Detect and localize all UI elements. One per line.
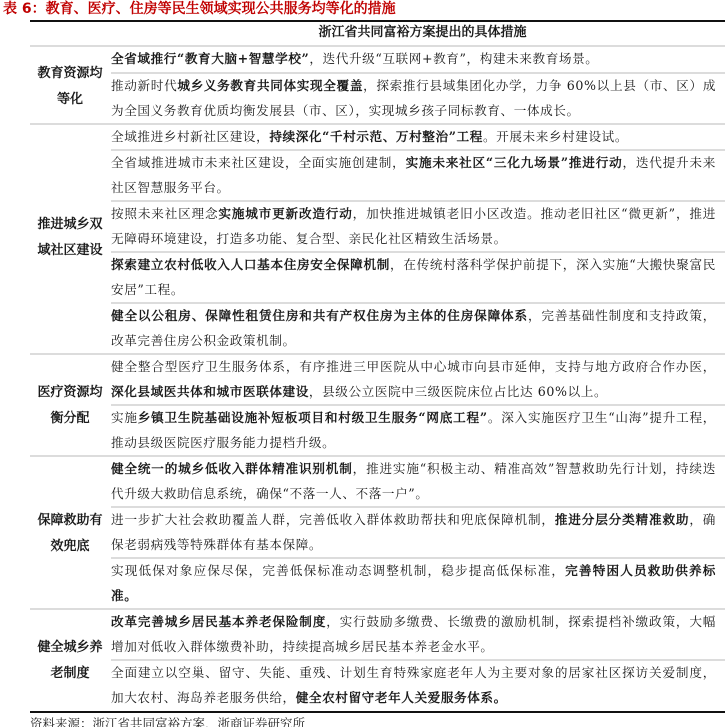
category-label-education: 教育资源均 等化: [30, 61, 110, 113]
measure-item: 全省域推进城市未来社区建设，全面实施创建制，实施未来社区“三化九场景”推进行动，…: [111, 150, 716, 200]
measure-item: 探索建立农村低收入人口基本住房安全保障机制，在传统村落科学保护前提下，深入实施“…: [111, 252, 716, 302]
measure-item: 全域推进乡村新社区建设，持续深化“千村示范、万村整治”工程。开展未来乡村建设试。: [111, 124, 716, 149]
measure-item: 改革完善城乡居民基本养老保险制度，实行鼓励多缴费、长缴费的激励机制，探索提档补缴…: [111, 609, 716, 659]
measure-item: 全省域推行“教育大脑+智慧学校”，迭代升级“互联网+教育”，构建未来教育场景。: [111, 46, 716, 71]
measure-item: 实现低保对象应保尽保，完善低保标准动态调整机制，稳步提高低保标准，完善特困人员救…: [111, 558, 716, 608]
table-bottom-rule: [30, 711, 725, 713]
measure-item: 推动新时代城乡义务教育共同体实现全覆盖，探索推行县域集团化办学，力争 60%以上…: [111, 73, 716, 123]
category-label-elderly-care: 健全城乡养 老制度: [30, 635, 110, 687]
measure-item: 健全以公租房、保障性租赁住房和共有产权住房为主体的住房保障体系，完善基础性制度和…: [111, 303, 716, 353]
measure-item: 进一步扩大社会救助覆盖人群，完善低收入群体救助帮扶和兜底保障机制，推进分层分类精…: [111, 507, 716, 557]
measure-item: 按照未来社区理念实施城市更新改造行动，加快推进城镇老旧小区改造。推动老旧社区“微…: [111, 201, 716, 251]
measure-item: 全面建立以空巢、留守、失能、重残、计划生育特殊家庭老年人为主要对象的居家社区探访…: [111, 660, 716, 710]
category-label-healthcare: 医疗资源均 衡分配: [30, 380, 110, 432]
measure-item: 实施乡镇卫生院基础设施补短板项目和村级卫生服务“网底工程”。深入实施医疗卫生“山…: [111, 405, 716, 455]
table-header: 浙江省共同富裕方案提出的具体措施: [30, 21, 725, 45]
measure-item: 健全整合型医疗卫生服务体系，有序推进三甲医院从中心城市向县市延伸，支持与地方政府…: [111, 354, 716, 404]
source-note: 资料来源：浙江省共同富裕方案，浙商证券研究所: [30, 716, 305, 727]
category-label-community: 推进城乡双 域社区建设: [30, 212, 110, 264]
table-title: 表 6：教育、医疗、住房等民生领域实现公共服务均等化的措施: [3, 0, 396, 18]
category-label-social-assistance: 保障救助有 效兜底: [30, 508, 110, 560]
measure-item: 健全统一的城乡低收入群体精准识别机制，推进实施“积极主动、精准高效”智慧救助先行…: [111, 456, 716, 506]
